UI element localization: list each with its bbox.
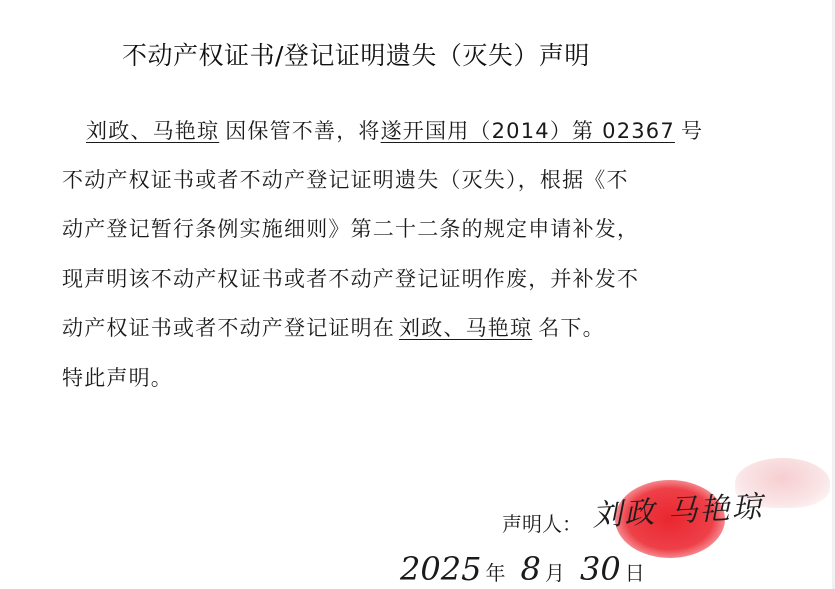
body-line-6: 特此声明。: [62, 362, 173, 392]
certificate-number-underlined: 遂开国用（2014）第 02367: [381, 119, 675, 143]
owner-names-underlined: 刘政、马艳琼: [82, 119, 225, 143]
document-title: 不动产权证书/登记证明遗失（灭失）声明: [122, 36, 590, 72]
body-text: 动产权证书或者不动产登记证明在: [62, 316, 395, 340]
declaration-page: 不动产权证书/登记证明遗失（灭失）声明 刘政、马艳琼因保管不善，将遂开国用（20…: [0, 0, 832, 589]
date-month: 8: [521, 550, 541, 588]
body-line-4: 现声明该不动产权证书或者不动产登记证明作废，并补发不: [62, 263, 639, 293]
month-unit: 月: [545, 561, 565, 585]
date-year: 2025: [400, 550, 481, 588]
declarant-label: 声明人：: [502, 508, 582, 537]
year-unit: 年: [485, 561, 505, 585]
body-line-5: 动产权证书或者不动产登记证明在刘政、马艳琼名下。: [62, 312, 605, 342]
owner-names-underlined: 刘政、马艳琼: [395, 316, 538, 340]
body-text: 名下。: [538, 316, 605, 340]
handwritten-signature: 刘政 马艳琼: [591, 482, 765, 535]
day-unit: 日: [625, 561, 645, 585]
body-line-1: 刘政、马艳琼因保管不善，将遂开国用（2014）第 02367号: [82, 115, 703, 145]
date-day: 30: [580, 550, 621, 588]
declaration-date: 2025年 8月 30日: [400, 550, 655, 588]
body-text: 因保管不善，将: [225, 119, 380, 143]
body-text: 号: [681, 119, 703, 143]
body-line-2: 不动产权证书或者不动产登记证明遗失（灭失），根据《不: [62, 164, 629, 194]
body-line-3: 动产登记暂行条例实施细则》第二十二条的规定申请补发，: [62, 213, 639, 243]
